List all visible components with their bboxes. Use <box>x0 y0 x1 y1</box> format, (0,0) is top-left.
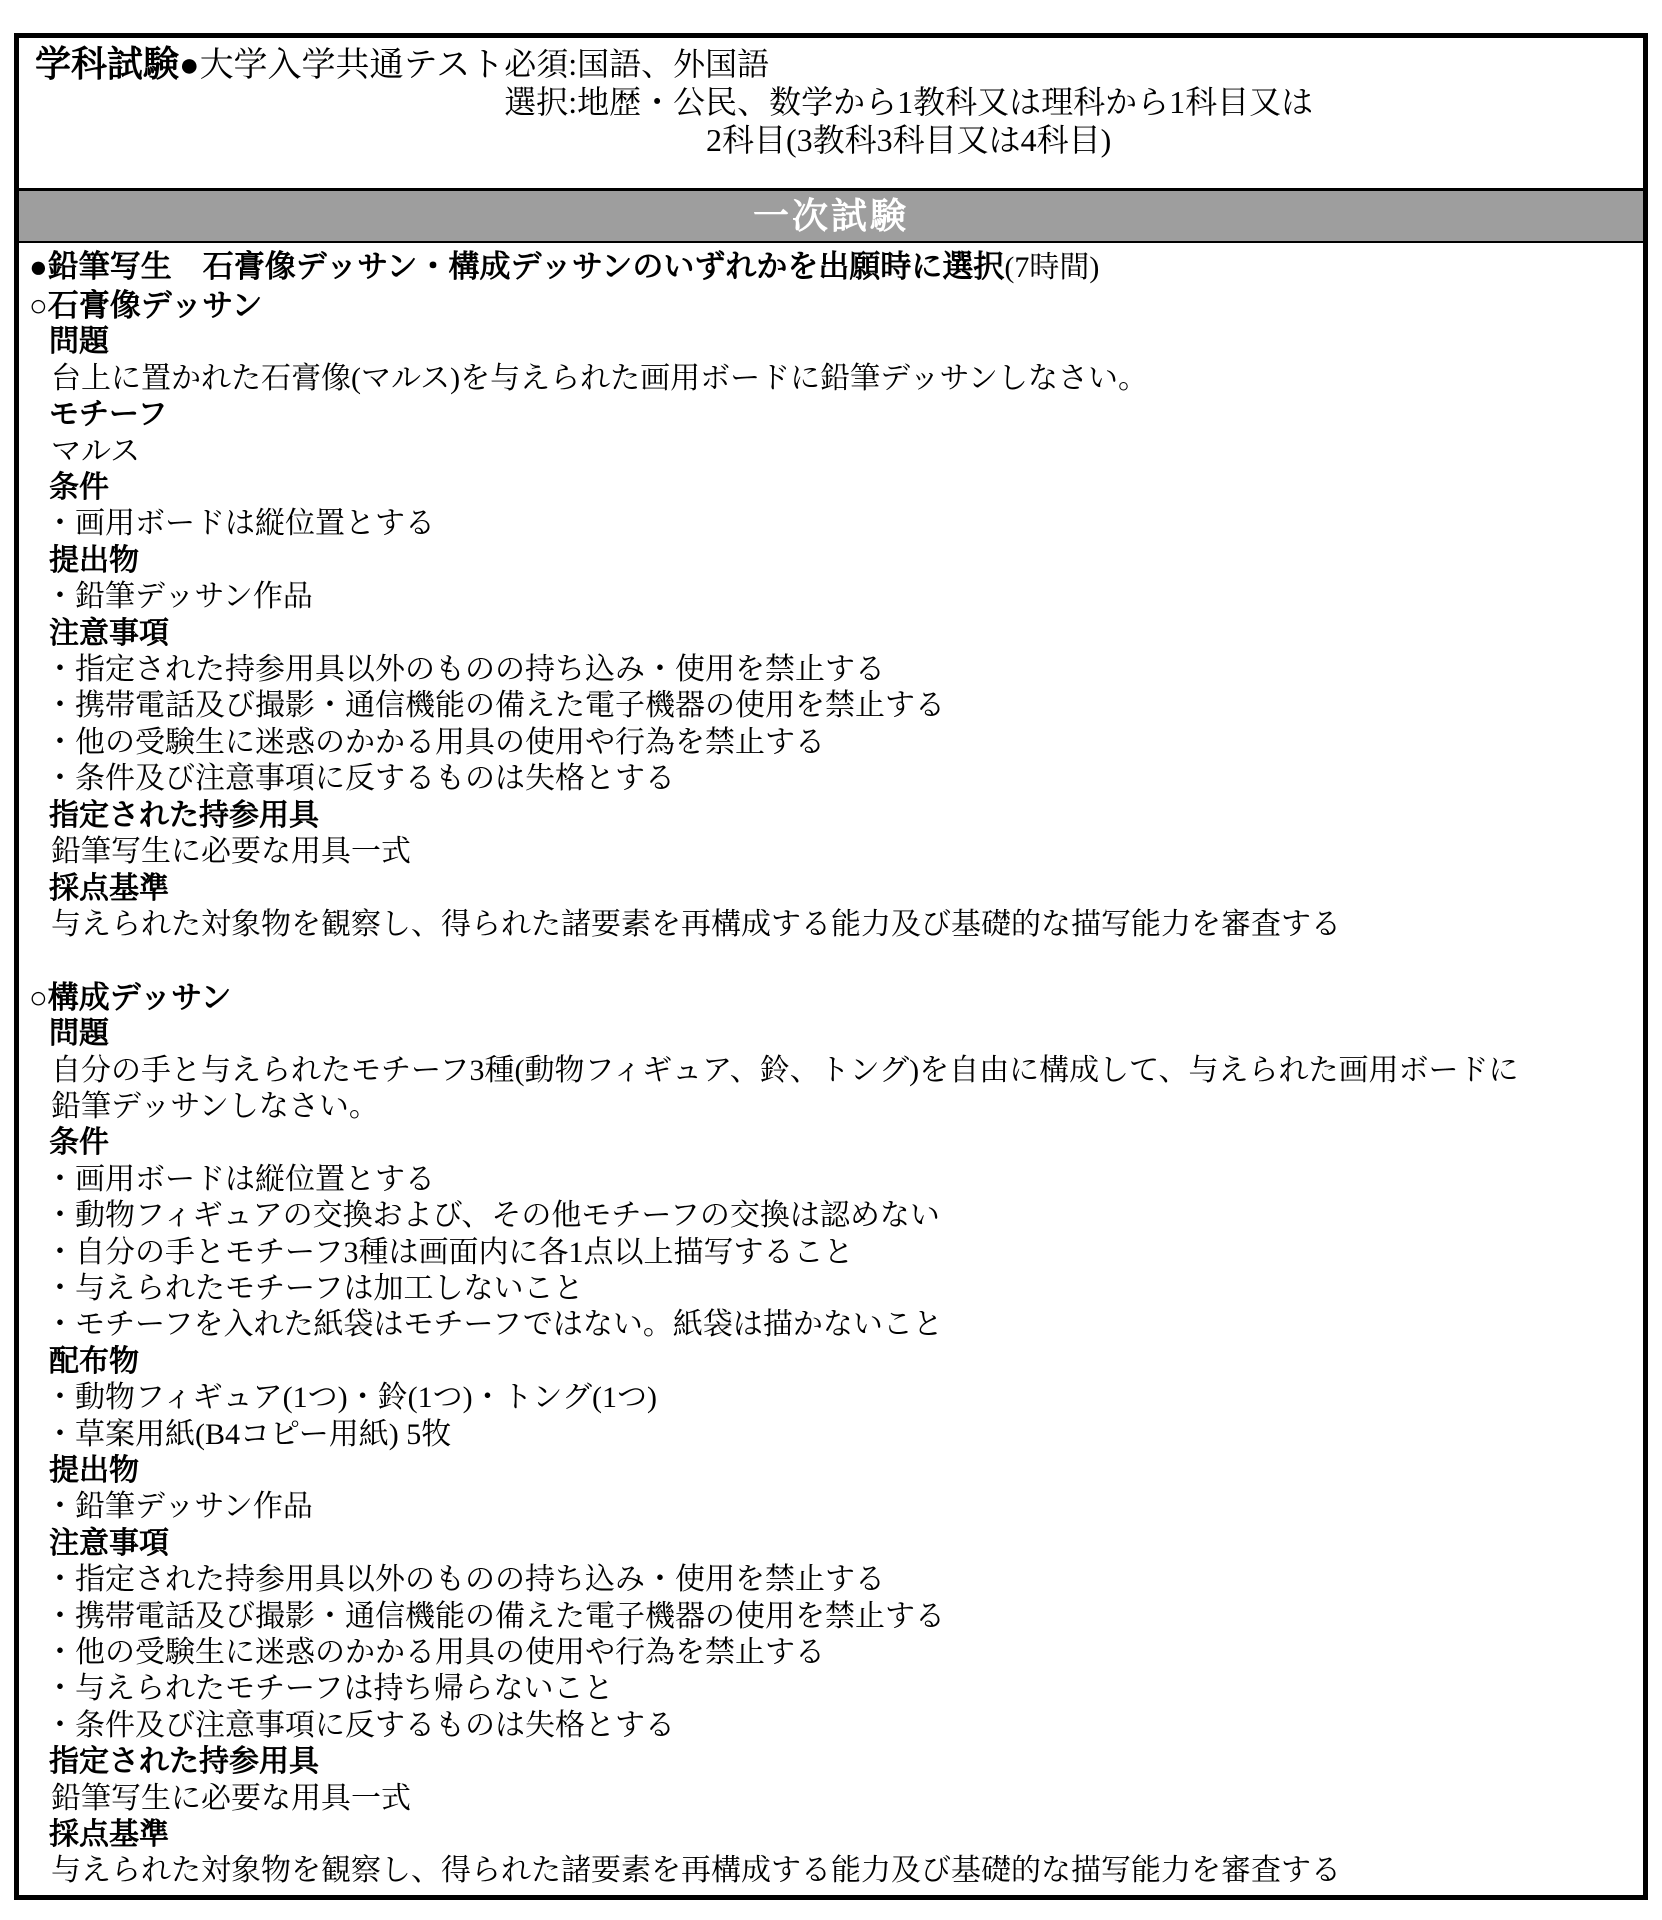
body-text: 与えられた対象物を観察し、得られた諸要素を再構成する能力及び基礎的な描写能力を審… <box>51 1853 1633 1889</box>
primary-exam-title: 一次試験 <box>753 195 909 236</box>
exam-lead-duration: (7時間) <box>1004 251 1099 284</box>
field-label: 問題 <box>49 1016 1633 1052</box>
field-label: 注意事項 <box>49 1526 1633 1562</box>
field-label: 問題 <box>49 324 1633 360</box>
bullet-item: ・画用ボードは縦位置とする <box>45 506 1633 542</box>
bullet-item: ・携帯電話及び撮影・通信機能の備えた電子機器の使用を禁止する <box>45 688 1633 724</box>
bullet-item: ・モチーフを入れた紙袋はモチーフではない。紙袋は描かないこと <box>45 1307 1633 1343</box>
bullet-item: ・携帯電話及び撮影・通信機能の備えた電子機器の使用を禁止する <box>45 1599 1633 1635</box>
elective-subjects-line2: 2科目(3教科3科目又は4科目) <box>504 121 1313 159</box>
bullet-item: ・草案用紙(B4コピー用紙) 5牧 <box>45 1417 1633 1453</box>
subject-label: 学科試験 <box>35 43 179 84</box>
bullet-item: ・動物フィギュアの交換および、その他モチーフの交換は認めない <box>45 1198 1633 1234</box>
field-label: 注意事項 <box>49 616 1633 652</box>
bullet-item: ・与えられたモチーフは持ち帰らないこと <box>45 1671 1633 1707</box>
elective-subjects: 選択:地歴・公民、数学から1教科又は理科から1科目又は 2科目(3教科3科目又は… <box>504 83 1313 159</box>
header-row: 学科試験●大学入学共通テスト 必須:国語、外国語 選択:地歴・公民、数学から1教… <box>19 38 1643 188</box>
bullet-item: ・動物フィギュア(1つ)・鈴(1つ)・トング(1つ) <box>45 1380 1633 1416</box>
body-text: 鉛筆デッサンしなさい。 <box>51 1089 1633 1125</box>
option-heading: ○石膏像デッサン <box>29 288 1633 324</box>
field-label: モチーフ <box>49 397 1633 433</box>
bullet-item: ・鉛筆デッサン作品 <box>45 1489 1633 1525</box>
field-label: 条件 <box>49 470 1633 506</box>
subject-bullet-icon: ● <box>179 46 200 84</box>
exam-requirements: 必須:国語、外国語 選択:地歴・公民、数学から1教科又は理科から1科目又は 2科… <box>504 43 1643 159</box>
field-label: 配布物 <box>49 1344 1633 1380</box>
option-heading: ○構成デッサン <box>29 980 1633 1016</box>
field-label: 指定された持参用具 <box>49 798 1633 834</box>
body-text: 与えられた対象物を観察し、得られた諸要素を再構成する能力及び基礎的な描写能力を審… <box>51 907 1633 943</box>
bullet-item: ・与えられたモチーフは加工しないこと <box>45 1271 1633 1307</box>
document-table: 学科試験●大学入学共通テスト 必須:国語、外国語 選択:地歴・公民、数学から1教… <box>14 33 1648 1900</box>
exam-lead: ●鉛筆写生 石膏像デッサン・構成デッサンのいずれかを出願時に選択(7時間) <box>29 247 1633 288</box>
subject-value: 大学入学共通テスト <box>200 47 505 84</box>
bullet-item: ・画用ボードは縦位置とする <box>45 1162 1633 1198</box>
bullet-item: ・自分の手とモチーフ3種は画面内に各1点以上描写すること <box>45 1235 1633 1271</box>
bullet-item: ・条件及び注意事項に反するものは失格とする <box>45 761 1633 797</box>
field-label: 採点基準 <box>49 871 1633 907</box>
body-text: 鉛筆写生に必要な用具一式 <box>51 834 1633 870</box>
body-text: 鉛筆写生に必要な用具一式 <box>51 1781 1633 1817</box>
primary-exam-bar: 一次試験 <box>19 188 1643 243</box>
required-subjects: 必須:国語、外国語 <box>504 45 1643 83</box>
content-area: ●鉛筆写生 石膏像デッサン・構成デッサンのいずれかを出願時に選択(7時間) ○石… <box>19 243 1643 1890</box>
body-text: 台上に置かれた石膏像(マルス)を与えられた画用ボードに鉛筆デッサンしなさい。 <box>51 361 1633 397</box>
body-text: 自分の手と与えられたモチーフ3種(動物フィギュア、鈴、トング)を自由に構成して、… <box>51 1053 1633 1089</box>
exam-lead-bold: ●鉛筆写生 石膏像デッサン・構成デッサンのいずれかを出願時に選択 <box>29 249 1004 284</box>
bullet-item: ・指定された持参用具以外のものの持ち込み・使用を禁止する <box>45 1562 1633 1598</box>
field-label: 指定された持参用具 <box>49 1744 1633 1780</box>
content-lines: ○石膏像デッサン問題台上に置かれた石膏像(マルス)を与えられた画用ボードに鉛筆デ… <box>29 288 1633 1890</box>
subject-title: 学科試験●大学入学共通テスト <box>35 43 504 87</box>
bullet-item: ・条件及び注意事項に反するものは失格とする <box>45 1708 1633 1744</box>
body-text: マルス <box>51 434 1633 470</box>
field-label: 採点基準 <box>49 1817 1633 1853</box>
bullet-item: ・鉛筆デッサン作品 <box>45 579 1633 615</box>
bullet-item: ・指定された持参用具以外のものの持ち込み・使用を禁止する <box>45 652 1633 688</box>
field-label: 提出物 <box>49 543 1633 579</box>
bullet-item: ・他の受験生に迷惑のかかる用具の使用や行為を禁止する <box>45 725 1633 761</box>
spacer <box>29 943 1633 979</box>
field-label: 提出物 <box>49 1453 1633 1489</box>
bullet-item: ・他の受験生に迷惑のかかる用具の使用や行為を禁止する <box>45 1635 1633 1671</box>
elective-subjects-line1: 選択:地歴・公民、数学から1教科又は理科から1科目又は <box>504 83 1313 121</box>
field-label: 条件 <box>49 1125 1633 1161</box>
